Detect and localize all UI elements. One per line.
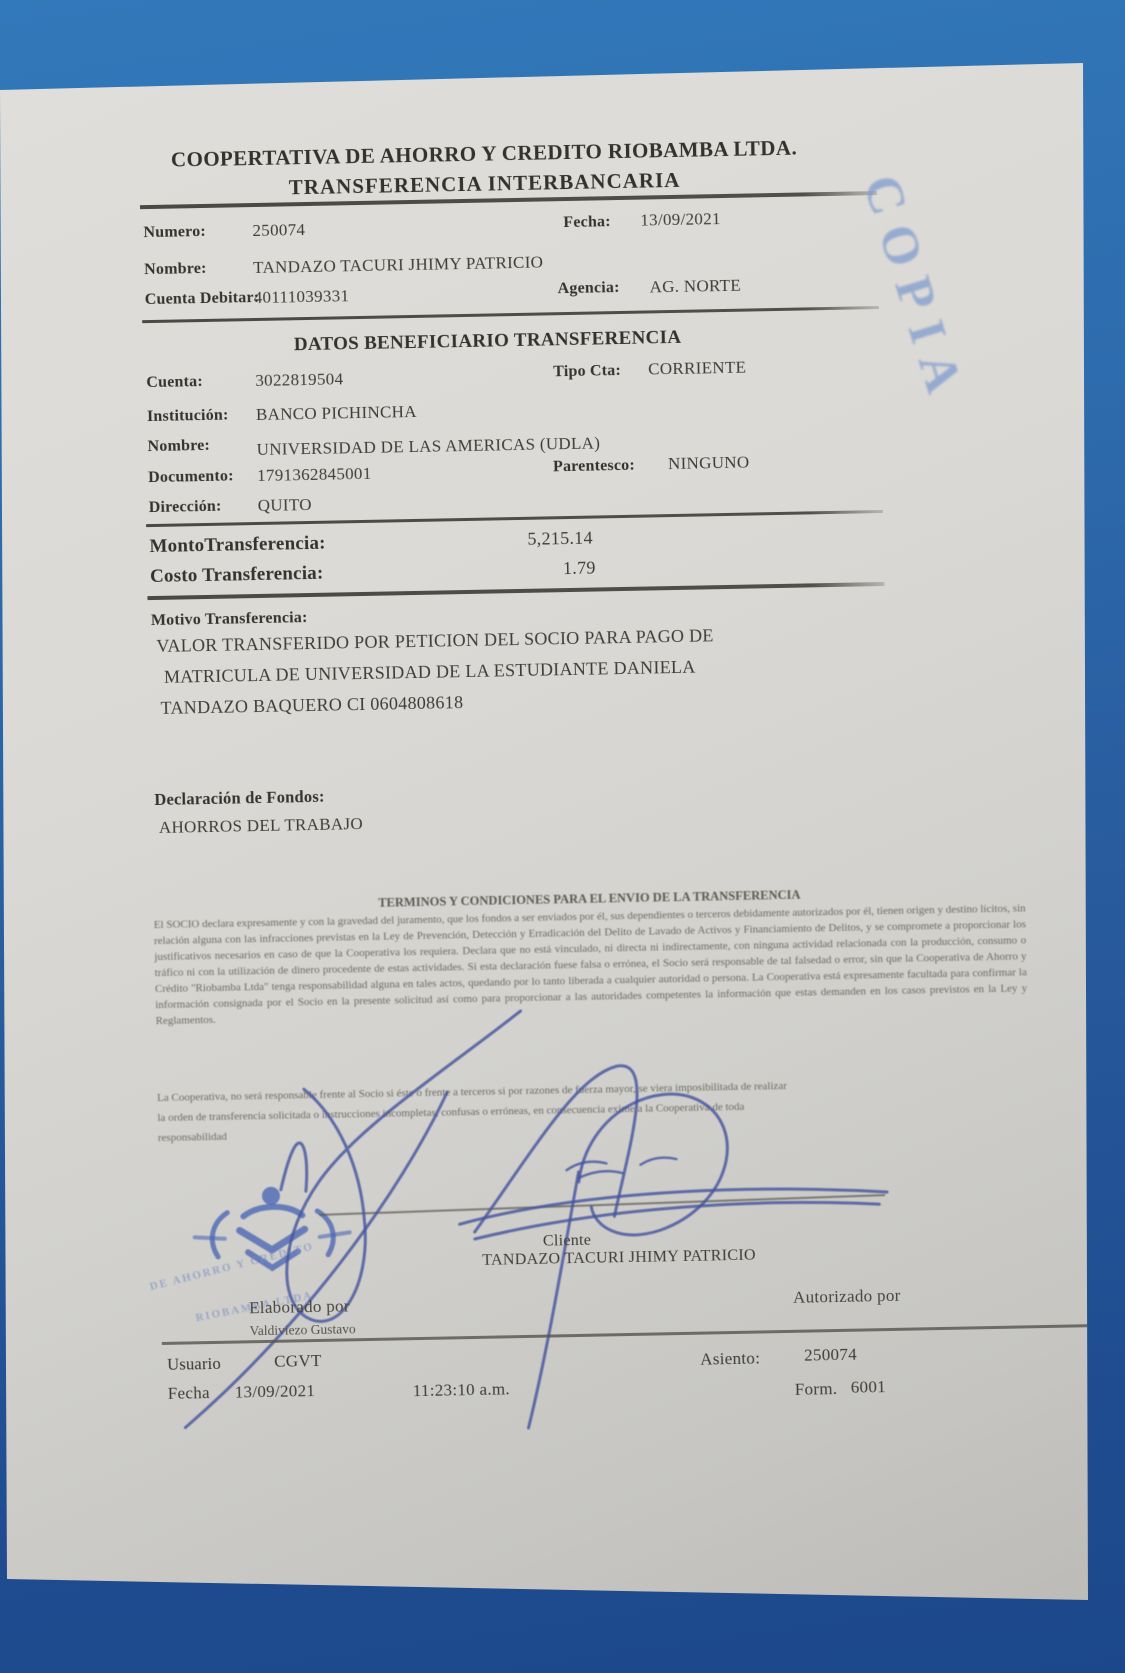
elaborado-por-label: Elaborado por — [249, 1296, 350, 1318]
parentesco-value: NINGUNO — [668, 453, 750, 475]
numero-label: Numero: — [143, 223, 206, 242]
divider-origin — [142, 306, 879, 323]
agencia-value: AG. NORTE — [649, 276, 741, 298]
footer-fecha-label: Fecha — [168, 1383, 210, 1404]
costo-label: Costo Transferencia: — [150, 563, 324, 588]
documento-label: Documento: — [148, 467, 234, 487]
usuario-label: Usuario — [167, 1354, 221, 1375]
agencia-label: Agencia: — [557, 279, 619, 298]
costo-value: 1.79 — [563, 558, 596, 580]
numero-value: 250074 — [252, 220, 305, 241]
elaborado-por-nombre: Valdiviezo Gustavo — [249, 1321, 355, 1339]
fecha-label: Fecha: — [563, 213, 611, 232]
nombre-label: Nombre: — [144, 260, 207, 279]
footer-hora-value: 11:23:10 a.m. — [413, 1379, 511, 1401]
parentesco-label: Parentesco: — [553, 457, 635, 477]
divider-beneficiario — [146, 510, 883, 527]
benef-nombre-label: Nombre: — [147, 437, 210, 456]
form-label: Form. — [795, 1379, 838, 1400]
documento-value: 1791362845001 — [257, 464, 372, 486]
tipo-cta-label: Tipo Cta: — [553, 362, 621, 381]
beneficiario-section-title: DATOS BENEFICIARIO TRANSFERENCIA — [142, 324, 832, 359]
form-value: 6001 — [851, 1377, 887, 1398]
monto-value: 5,215.14 — [527, 528, 593, 550]
fecha-value: 13/09/2021 — [640, 209, 721, 231]
usuario-value: CGVT — [274, 1351, 322, 1372]
benef-nombre-value: UNIVERSIDAD DE LAS AMERICAS (UDLA) — [256, 433, 600, 460]
autorizado-por-label: Autorizado por — [793, 1286, 901, 1308]
document-paper: COOPERTATIVA DE AHORRO Y CREDITO RIOBAMB… — [0, 58, 1092, 1606]
cuenta-debitar-value: 40111039331 — [254, 286, 350, 308]
asiento-label: Asiento: — [700, 1348, 760, 1369]
declaracion-label: Declaración de Fondos: — [154, 787, 325, 810]
motivo-line-2: MATRICULA DE UNIVERSIDAD DE LA ESTUDIANT… — [164, 657, 696, 688]
declaracion-value: AHORROS DEL TRABAJO — [159, 814, 363, 838]
nombre-value: TANDAZO TACURI JHIMY PATRICIO — [253, 252, 543, 278]
benef-cuenta-value: 3022819504 — [255, 369, 343, 391]
cuenta-debitar-label: Cuenta Debitar: — [145, 289, 260, 309]
asiento-value: 250074 — [804, 1345, 857, 1366]
tipo-cta-value: CORRIENTE — [648, 358, 746, 380]
benef-cuenta-label: Cuenta: — [146, 373, 203, 392]
footer-fecha-value: 13/09/2021 — [235, 1381, 316, 1403]
motivo-line-3: TANDAZO BAQUERO CI 0604808618 — [160, 692, 463, 719]
direccion-value: QUITO — [258, 495, 312, 516]
copia-watermark: COPIA — [851, 168, 977, 412]
cliente-label: Cliente — [543, 1232, 592, 1251]
monto-label: MontoTransferencia: — [149, 533, 326, 558]
client-signature — [457, 1061, 892, 1430]
institucion-label: Institución: — [147, 407, 229, 427]
photo-of-document: { "page": { "watermark": "COPIA" }, "col… — [0, 0, 1125, 1673]
motivo-line-1: VALOR TRANSFERIDO POR PETICION DEL SOCIO… — [156, 625, 714, 657]
direccion-label: Dirección: — [149, 498, 222, 517]
motivo-label: Motivo Transferencia: — [151, 609, 308, 630]
transfer-receipt: COOPERTATIVA DE AHORRO Y CREDITO RIOBAMB… — [0, 40, 1119, 1609]
institucion-value: BANCO PICHINCHA — [256, 402, 417, 425]
